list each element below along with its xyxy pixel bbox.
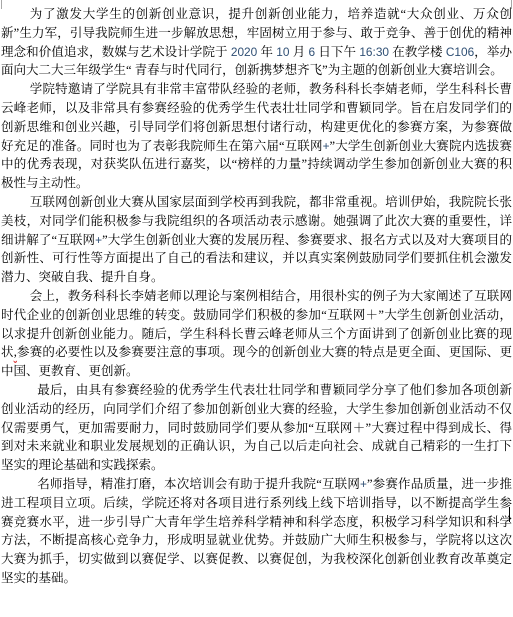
paragraph-1[interactable]: 为了激发大学生的创新创业意识，提升创新创业能力，培养造就“大众创业、万众创新”生… [1,5,512,80]
number-text: + [323,139,330,153]
body-text: 在教学楼 [389,45,446,59]
number-text: 10 [276,45,289,59]
body-text: 参赛的必要性以及参赛要注意的事项。现今的创新创业大赛的特点是更全面、更国际、更中… [1,345,512,378]
document-body: 为了激发大学生的创新创业意识，提升创新创业能力，培养造就“大众创业、万众创新”生… [0,0,513,588]
number-text: + [360,477,367,491]
document-page: 为了激发大学生的创新创业意识，提升创新创业能力，培养造就“大众创业、万众创新”生… [0,0,513,617]
text-boundary-mark-left [1,0,2,9]
body-text: 日下午 [315,45,359,59]
number-text: 16:30 [359,45,389,59]
body-text: ”参赛作品质量，进一步推进工程项目立项。后续，学院还将对各项目进行系列线上线下培… [1,477,512,585]
body-text: 最后，由具有参赛经验的优秀学生代表壮壮同学和曹颖同学分享了他们参加各项创新创业活… [1,383,512,472]
paragraph-5[interactable]: 最后，由具有参赛经验的优秀学生代表壮壮同学和曹颖同学分享了他们参加各项创新创业活… [1,381,512,475]
paragraph-4[interactable]: 会上，教务科科长李婧老师以理论与案例相结合，用很朴实的例子为大家阐述了互联网时代… [1,287,512,381]
text-cursor [509,507,510,522]
paragraph-3[interactable]: 互联网创新创业大赛从国家层面到学校再到我院，都非常重视。培训伊始，我院院长张美枝… [1,193,512,287]
paragraph-6[interactable]: 名师指导，精准打磨，本次培训会有助于提升我院“互联网+”参赛作品质量，进一步推进… [1,475,512,588]
text-boundary-mark-right [511,0,512,9]
number-text: 2020 [231,45,257,59]
paragraph-2[interactable]: 学院特邀请了学院具有非常丰富带队经验的老师，教务科科长李婧老师，学生科科长曹云峰… [1,80,512,193]
body-text: 年 [257,45,276,59]
number-text: C106 [446,45,474,59]
body-text: 月 [289,45,308,59]
body-text: 名师指导，精准打磨，本次培训会有助于提升我院“互联网 [37,477,360,491]
